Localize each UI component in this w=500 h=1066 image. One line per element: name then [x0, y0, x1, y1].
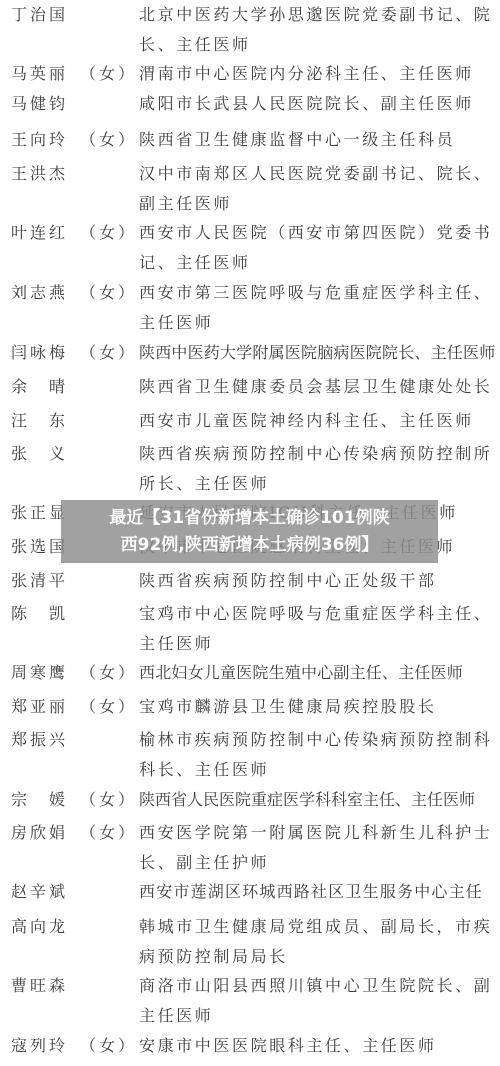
- gender-label: （女）: [80, 692, 136, 722]
- list-item: 张清平 陕西省疾病预防控制中心正处级干部: [0, 566, 500, 596]
- position-description: 陕西省疾病预防控制中心正处级干部: [139, 566, 491, 596]
- person-name: 赵辛斌: [11, 877, 71, 907]
- person-name: 马英丽: [11, 59, 71, 89]
- list-item: 房欣娟 （女） 西安医学院第一附属医院儿科新生儿科护士 长、副主任护师: [0, 818, 500, 848]
- person-name: 闫咏梅: [11, 338, 71, 368]
- gender-label: （女）: [80, 59, 136, 89]
- list-item: 余 晴 陕西省卫生健康委员会基层卫生健康处处长: [0, 372, 500, 402]
- person-name: 张 义: [11, 439, 71, 469]
- list-item: 郑亚丽 （女） 宝鸡市麟游县卫生健康局疾控股股长: [0, 692, 500, 722]
- list-item: 周寒鹰 （女） 西北妇女儿童医院生殖中心副主任、主任医师: [0, 658, 500, 688]
- position-description: 北京中医药大学孙思邈医院党委副书记、院 长、主任医师: [139, 0, 491, 60]
- position-description: 宝鸡市麟游县卫生健康局疾控股股长: [139, 692, 491, 722]
- person-name: 曹旺森: [11, 971, 71, 1001]
- list-item: 曹旺森 商洛市山阳县西照川镇中心卫生院院长、副 主任医师: [0, 971, 500, 1001]
- list-item: 马健钧 咸阳市长武县人民医院院长、副主任医师: [0, 89, 500, 119]
- position-description: 陕西省卫生健康委员会基层卫生健康处处长: [139, 372, 491, 402]
- position-description: 榆林市疾病预防控制中心传染病预防控制科 科长、主任医师: [139, 725, 491, 785]
- gender-label: （女）: [80, 125, 136, 155]
- gender-label: （女）: [80, 338, 136, 368]
- position-description: 商洛市山阳县西照川镇中心卫生院院长、副 主任医师: [139, 971, 491, 1031]
- list-item: 马英丽 （女） 渭南市中心医院内分泌科主任、主任医师: [0, 59, 500, 89]
- list-item: 王洪杰 汉中市南郑区人民医院党委副书记、院长、 副主任医师: [0, 159, 500, 189]
- position-description: 咸阳市长武县人民医院院长、副主任医师: [139, 89, 491, 119]
- gender-label: （女）: [80, 1031, 136, 1061]
- position-description: 安康市中医医院眼科主任、主任医师: [139, 1031, 491, 1061]
- position-description: 陕西中医药大学附属医院脑病医院院长、主任医师: [139, 338, 491, 368]
- list-item: 陈 凯 宝鸡市中心医院呼吸与危重症医学科主任、 主任医师: [0, 599, 500, 629]
- person-name: 马健钧: [11, 89, 71, 119]
- person-name: 宗 媛: [11, 785, 71, 815]
- list-item: 刘志燕 （女） 西安市第三医院呼吸与危重症医学科主任、 主任医师: [0, 278, 500, 308]
- position-description: 西安市第三医院呼吸与危重症医学科主任、 主任医师: [139, 278, 491, 338]
- gender-label: （女）: [80, 218, 136, 248]
- person-name: 王向玲: [11, 125, 71, 155]
- person-name: 寇列玲: [11, 1031, 71, 1061]
- list-item: 赵辛斌 西安市莲湖区环城西路社区卫生服务中心主任: [0, 877, 500, 907]
- position-description: 陕西省卫生健康监督中心一级主任科员: [139, 125, 491, 155]
- person-name: 叶连红: [11, 218, 71, 248]
- position-description: 西安市儿童医院神经内科主任、主任医师: [139, 406, 491, 436]
- list-item: 丁治国 北京中医药大学孙思邈医院党委副书记、院 长、主任医师: [0, 0, 500, 30]
- list-item: 闫咏梅 （女） 陕西中医药大学附属医院脑病医院院长、主任医师: [0, 338, 500, 368]
- person-name: 汪 东: [11, 406, 71, 436]
- position-description: 西安市人民医院（西安市第四医院）党委书 记、主任医师: [139, 218, 491, 278]
- position-description: 陕西省人民医院重症医学科科室主任、主任医师: [139, 785, 491, 815]
- person-name: 房欣娟: [11, 818, 71, 848]
- person-name: 丁治国: [11, 0, 71, 30]
- gender-label: （女）: [80, 785, 136, 815]
- position-description: 汉中市南郑区人民医院党委副书记、院长、 副主任医师: [139, 159, 491, 219]
- position-description: 陕西省疾病预防控制中心传染病预防控制所 所长、主任医师: [139, 439, 491, 499]
- list-item: 寇列玲 （女） 安康市中医医院眼科主任、主任医师: [0, 1031, 500, 1061]
- position-description: 宝鸡市中心医院呼吸与危重症医学科主任、 主任医师: [139, 599, 491, 659]
- gender-label: （女）: [80, 818, 136, 848]
- person-name: 周寒鹰: [11, 658, 71, 688]
- list-item: 叶连红 （女） 西安市人民医院（西安市第四医院）党委书 记、主任医师: [0, 218, 500, 248]
- gender-label: （女）: [80, 658, 136, 688]
- position-description: 渭南市中心医院内分泌科主任、主任医师: [139, 59, 491, 89]
- person-name: 张清平: [11, 566, 71, 596]
- position-description: 西安市莲湖区环城西路社区卫生服务中心主任: [139, 877, 491, 907]
- list-item: 张 义 陕西省疾病预防控制中心传染病预防控制所 所长、主任医师: [0, 439, 500, 469]
- person-name: 余 晴: [11, 372, 71, 402]
- headline-caption-overlay: 最近【31省份新增本土确诊101例陕 西92例,陕西新增本土病例36例】: [61, 500, 438, 563]
- gender-label: （女）: [80, 278, 136, 308]
- person-name: 郑亚丽: [11, 692, 71, 722]
- list-item: 宗 媛 （女） 陕西省人民医院重症医学科科室主任、主任医师: [0, 785, 500, 815]
- person-name: 陈 凯: [11, 599, 71, 629]
- person-name: 郑振兴: [11, 725, 71, 755]
- list-item: 汪 东 西安市儿童医院神经内科主任、主任医师: [0, 406, 500, 436]
- list-item: 郑振兴 榆林市疾病预防控制中心传染病预防控制科 科长、主任医师: [0, 725, 500, 755]
- list-item: 王向玲 （女） 陕西省卫生健康监督中心一级主任科员: [0, 125, 500, 155]
- person-name: 王洪杰: [11, 159, 71, 189]
- headline-line-1: 最近【31省份新增本土确诊101例陕: [69, 505, 430, 532]
- person-name: 刘志燕: [11, 278, 71, 308]
- person-name: 高向龙: [11, 912, 71, 942]
- headline-line-2: 西92例,陕西新增本土病例36例】: [69, 532, 430, 559]
- list-item: 高向龙 韩城市卫生健康局党组成员、副局长，市疾 病预防控制局局长: [0, 912, 500, 942]
- position-description: 韩城市卫生健康局党组成员、副局长，市疾 病预防控制局局长: [139, 912, 491, 972]
- position-description: 西安医学院第一附属医院儿科新生儿科护士 长、副主任护师: [139, 818, 491, 878]
- position-description: 西北妇女儿童医院生殖中心副主任、主任医师: [139, 658, 491, 688]
